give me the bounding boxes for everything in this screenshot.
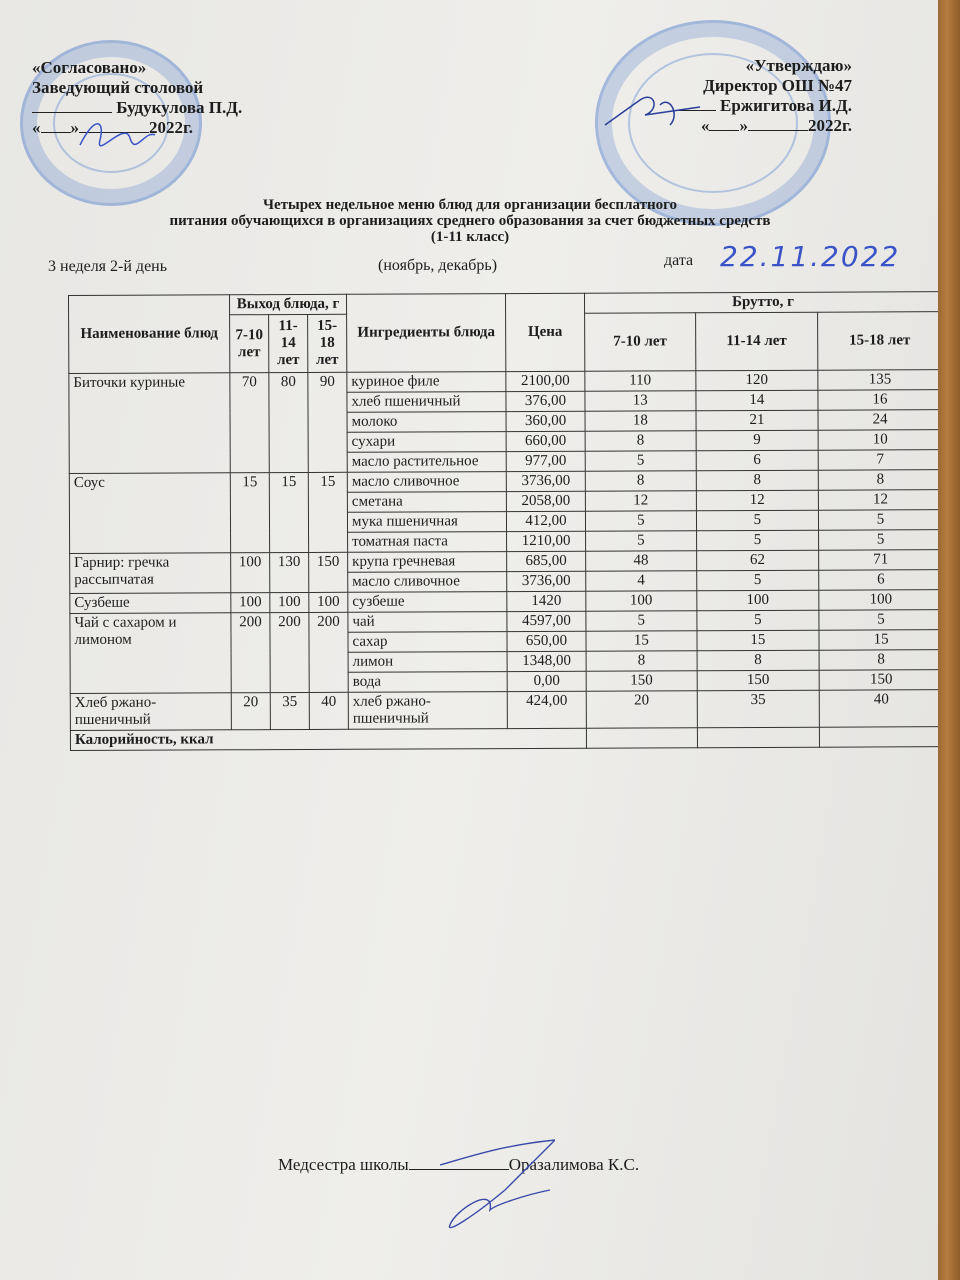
ingredient-brutto: 8 xyxy=(586,651,697,671)
ingredient-brutto: 24 xyxy=(818,410,942,431)
signature-nurse-icon xyxy=(415,1135,555,1245)
ingredient-price: 2058,00 xyxy=(506,491,585,511)
ingredient-brutto: 135 xyxy=(818,370,942,391)
dish-output: 150 xyxy=(309,552,348,592)
header-brutto: Брутто, г xyxy=(584,292,941,314)
ingredient-price: 1420 xyxy=(507,591,586,611)
header-dish-name: Наименование блюд xyxy=(69,295,230,374)
ingredient-brutto: 20 xyxy=(586,691,697,728)
ingredient-brutto: 6 xyxy=(819,570,943,591)
document-title: Четырех недельное меню блюд для организа… xyxy=(60,197,880,245)
dish-output: 35 xyxy=(270,692,309,729)
ingredient-brutto: 13 xyxy=(585,391,696,411)
week-day: 3 неделя 2-й день xyxy=(48,258,167,276)
ingredient-brutto: 10 xyxy=(818,430,942,451)
ingredient-brutto: 8 xyxy=(818,470,942,491)
dish-output: 100 xyxy=(309,592,348,612)
ingredient-brutto: 40 xyxy=(819,690,943,728)
ingredient-price: 0,00 xyxy=(507,671,586,691)
ingredient-price: 685,00 xyxy=(507,551,586,571)
ingredient-name: сахар xyxy=(348,632,507,653)
ingredient-name: сметана xyxy=(347,492,506,513)
ingredient-price: 3736,00 xyxy=(507,571,586,591)
ingredient-brutto: 48 xyxy=(586,551,697,571)
ingredient-name: мука пшеничная xyxy=(347,512,506,533)
nurse-name: Оразалимова К.С. xyxy=(509,1155,639,1174)
header-output: Выход блюда, г xyxy=(230,294,347,315)
ingredient-brutto: 150 xyxy=(586,671,697,691)
approval-heading: «Согласовано» xyxy=(32,58,242,78)
ingredient-name: куриное филе xyxy=(347,372,506,393)
ingredient-brutto: 18 xyxy=(585,411,696,431)
ingredient-brutto: 8 xyxy=(696,470,819,491)
approval-position: Заведующий столовой xyxy=(32,78,242,98)
ingredient-price: 660,00 xyxy=(506,431,585,451)
ingredient-name: масло растительное xyxy=(347,452,506,473)
nurse-signature-line: Медсестра школыОразалимова К.С. xyxy=(278,1155,639,1175)
dish-output: 200 xyxy=(231,613,270,693)
dish-output: 15 xyxy=(269,472,308,552)
approval-block-agreed: «Согласовано» Заведующий столовой Будуку… xyxy=(32,58,242,138)
ingredient-brutto: 8 xyxy=(819,650,943,671)
ingredient-brutto: 100 xyxy=(696,590,819,611)
ingredient-price: 1348,00 xyxy=(507,651,586,671)
approval-name: Будукулова П.Д. xyxy=(116,98,242,117)
ingredient-name: сухари xyxy=(347,432,506,453)
ingredient-brutto: 5 xyxy=(819,610,943,631)
handwritten-date: 22.11.2022 xyxy=(720,240,900,273)
ingredient-brutto: 15 xyxy=(819,630,943,651)
ingredient-brutto: 100 xyxy=(586,591,697,611)
ingredient-brutto: 16 xyxy=(818,390,942,411)
ingredient-price: 376,00 xyxy=(506,391,585,411)
menu-table: Наименование блюд Выход блюда, г Ингреди… xyxy=(68,291,944,751)
ingredient-brutto: 5 xyxy=(696,570,819,591)
ingredient-name: томатная паста xyxy=(348,532,507,553)
ingredient-brutto: 12 xyxy=(818,490,942,511)
ingredient-price: 977,00 xyxy=(506,451,585,471)
ingredient-brutto: 5 xyxy=(697,610,820,631)
dish-output: 100 xyxy=(231,553,270,593)
approval-block-approved: «Утверждаю» Директор ОШ №47 Ержигитова И… xyxy=(672,56,852,136)
approval-year: 2022г. xyxy=(149,118,193,137)
dish-name: Гарнир: гречка рассыпчатая xyxy=(70,553,231,594)
ingredient-brutto: 120 xyxy=(695,370,818,391)
dish-output: 40 xyxy=(309,692,348,729)
ingredient-brutto: 110 xyxy=(585,371,696,391)
dish-output: 90 xyxy=(308,372,347,472)
ingredient-name: молоко xyxy=(347,412,506,433)
ingredient-name: хлеб пшеничный xyxy=(347,392,506,413)
ingredient-brutto: 5 xyxy=(819,530,943,551)
ingredient-brutto: 15 xyxy=(586,631,697,651)
header-price: Цена xyxy=(505,293,584,371)
ingredient-brutto: 4 xyxy=(586,571,697,591)
ingredient-price: 2100,00 xyxy=(506,371,585,391)
ingredient-brutto: 8 xyxy=(585,431,696,451)
ingredient-brutto: 15 xyxy=(697,630,820,651)
ingredient-brutto: 5 xyxy=(696,510,819,531)
approval-heading: «Утверждаю» xyxy=(672,56,852,76)
calories-row: Калорийность, ккал xyxy=(70,727,943,751)
dish-output: 130 xyxy=(270,552,309,592)
dish-output: 15 xyxy=(308,472,347,552)
dish-name: Сузбеше xyxy=(70,593,231,614)
ingredient-brutto: 14 xyxy=(696,390,819,411)
dish-output: 15 xyxy=(230,473,269,553)
ingredient-price: 412,00 xyxy=(506,511,585,531)
calories-label: Калорийность, ккал xyxy=(70,728,586,750)
ingredient-brutto: 100 xyxy=(819,590,943,611)
ingredient-name: вода xyxy=(348,672,507,693)
ingredient-brutto: 5 xyxy=(586,611,697,631)
dish-name: Соус xyxy=(69,473,230,554)
ingredient-name: масло сливочное xyxy=(348,572,507,593)
ingredient-brutto: 5 xyxy=(696,530,819,551)
ingredient-brutto: 5 xyxy=(819,510,943,531)
dish-name: Чай с сахаром и лимоном xyxy=(70,613,231,694)
ingredient-name: хлеб ржано-пшеничный xyxy=(348,692,507,730)
ingredient-name: лимон xyxy=(348,652,507,673)
dish-output: 200 xyxy=(270,612,309,692)
dish-name: Биточки куриные xyxy=(69,373,230,474)
ingredient-brutto: 7 xyxy=(818,450,942,471)
table-row: Хлеб ржано-пшеничный203540хлеб ржано-пше… xyxy=(70,690,943,731)
ingredient-brutto: 62 xyxy=(696,550,819,571)
dish-output: 70 xyxy=(230,373,269,473)
dish-output: 80 xyxy=(269,372,308,472)
date-label: дата xyxy=(664,252,693,270)
ingredient-brutto: 8 xyxy=(585,471,696,491)
dish-name: Хлеб ржано-пшеничный xyxy=(70,693,231,731)
ingredient-name: сузбеше xyxy=(348,592,507,613)
ingredient-price: 1210,00 xyxy=(507,531,586,551)
ingredient-name: масло сливочное xyxy=(347,472,506,493)
nurse-label: Медсестра школы xyxy=(278,1155,409,1174)
ingredient-brutto: 150 xyxy=(697,670,820,691)
approval-year: 2022г. xyxy=(808,116,852,135)
ingredient-name: чай xyxy=(348,612,507,633)
ingredient-brutto: 12 xyxy=(585,491,696,511)
ingredient-brutto: 150 xyxy=(819,670,943,691)
ingredient-brutto: 8 xyxy=(697,650,820,671)
dish-output: 100 xyxy=(270,592,309,612)
ingredient-brutto: 9 xyxy=(696,430,819,451)
ingredient-price: 3736,00 xyxy=(506,471,585,491)
ingredient-brutto: 21 xyxy=(696,410,819,431)
ingredient-price: 424,00 xyxy=(507,691,586,728)
header-ingredients: Ингредиенты блюда xyxy=(346,294,505,373)
ingredient-brutto: 5 xyxy=(585,451,696,471)
dish-output: 100 xyxy=(231,593,270,613)
months: (ноябрь, декабрь) xyxy=(378,257,497,275)
ingredient-brutto: 6 xyxy=(696,450,819,471)
dish-output: 20 xyxy=(231,693,270,730)
wooden-desk-edge xyxy=(938,0,960,1280)
document-page: «Согласовано» Заведующий столовой Будуку… xyxy=(0,0,942,1280)
dish-output: 200 xyxy=(309,612,348,692)
ingredient-brutto: 5 xyxy=(586,531,697,551)
ingredient-brutto: 71 xyxy=(819,550,943,571)
ingredient-brutto: 35 xyxy=(697,690,820,728)
ingredient-name: крупа гречневая xyxy=(348,552,507,573)
approval-position: Директор ОШ №47 xyxy=(672,76,852,96)
ingredient-price: 360,00 xyxy=(506,411,585,431)
ingredient-brutto: 5 xyxy=(585,511,696,531)
ingredient-price: 4597,00 xyxy=(507,611,586,631)
ingredient-brutto: 12 xyxy=(696,490,819,511)
approval-name: Ержигитова И.Д. xyxy=(720,96,852,115)
ingredient-price: 650,00 xyxy=(507,631,586,651)
